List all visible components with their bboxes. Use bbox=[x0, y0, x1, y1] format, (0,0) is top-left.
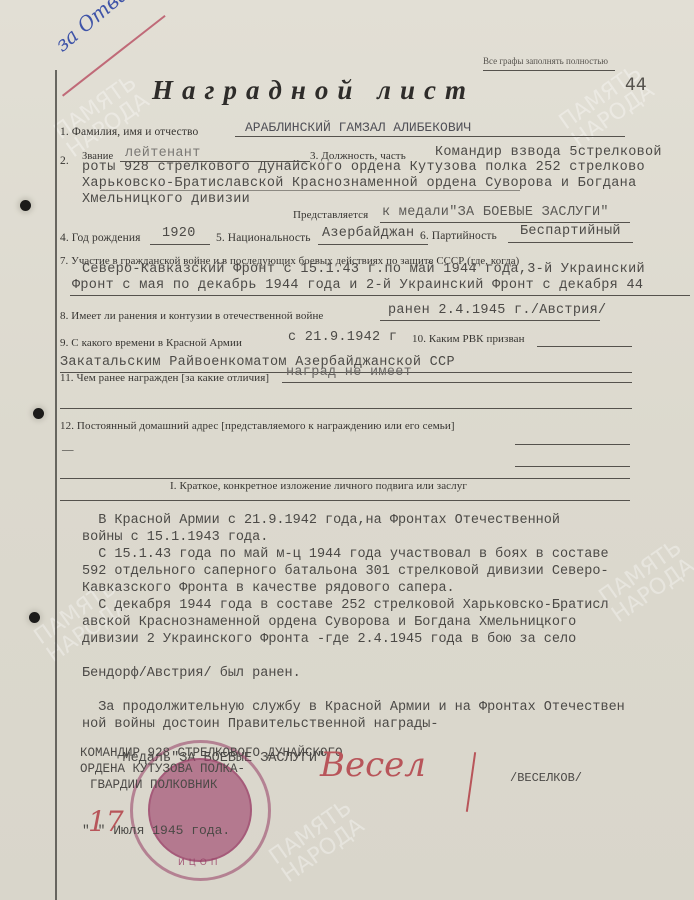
field-4-value: 1920 bbox=[162, 226, 196, 241]
watermark: ПАМЯТЬНАРОДА bbox=[266, 797, 369, 887]
margin-line bbox=[55, 70, 57, 900]
field-1-value: АРАБЛИНСКИЙ ГАМЗАЛ АЛИБЕКОВИЧ bbox=[245, 120, 471, 135]
field-10-line bbox=[537, 346, 632, 347]
field-8-label: 8. Имеет ли ранения и контузии в отечест… bbox=[60, 310, 323, 322]
field-3-value-2: роты 928 стрелкового Дунайского ордена К… bbox=[82, 160, 645, 175]
field-12-line-2 bbox=[515, 466, 630, 467]
field-3-line bbox=[100, 190, 520, 191]
signatory-name: /ВЕСЕЛКОВ/ bbox=[510, 770, 582, 787]
presented-label: Представляется bbox=[293, 209, 368, 221]
field-2-label: 2. bbox=[60, 155, 69, 167]
signatory-line-2: ОРДЕНА КУТУЗОВА ПОЛКА- bbox=[80, 761, 245, 778]
field-6-line bbox=[508, 242, 633, 243]
document-title: Наградной лист bbox=[152, 75, 475, 106]
resolution-note: за Отвагу bbox=[50, 0, 150, 56]
field-6-label: 6. Партийность bbox=[420, 230, 497, 242]
field-11-line-2 bbox=[60, 408, 632, 409]
field-1-label: 1. Фамилия, имя и отчество bbox=[60, 126, 198, 138]
punch-hole bbox=[33, 408, 44, 419]
punch-hole bbox=[29, 612, 40, 623]
field-8-value: ранен 2.4.1945 г./Австрия/ bbox=[388, 303, 606, 318]
signatory-line-3: ГВАРДИИ ПОЛКОВНИК bbox=[90, 777, 218, 794]
field-12-line-3 bbox=[60, 478, 630, 479]
instruction-text: Все графы заполнять полностью bbox=[483, 56, 608, 66]
field-11-line bbox=[282, 382, 632, 383]
field-2-value: лейтенант bbox=[125, 146, 201, 161]
field-4-line bbox=[150, 244, 210, 245]
field-3-value-4: Хмельницкого дивизии bbox=[82, 192, 250, 207]
field-6-value: Беспартийный bbox=[520, 224, 621, 239]
signatory-line-1: КОМАНДИР 928 СТРЕЛКОВОГО ДУНАЙСКОГО bbox=[80, 745, 343, 762]
date-day: 17 bbox=[88, 805, 124, 838]
field-7-line bbox=[70, 295, 690, 296]
field-12-value: — bbox=[62, 444, 74, 456]
field-11-value: наград не имеет bbox=[286, 365, 412, 380]
field-7-value-2: Фронт с мая по декабрь 1944 года и 2-й У… bbox=[72, 278, 643, 293]
stamp-text: ИЦОП bbox=[178, 858, 222, 868]
field-1-line bbox=[235, 136, 625, 137]
field-3-value-1: Командир взвода 5стрелковой bbox=[435, 145, 662, 160]
presented-value: к медали"ЗА БОЕВЫЕ ЗАСЛУГИ" bbox=[382, 205, 609, 220]
field-9-label: 9. С какого времени в Красной Армии bbox=[60, 337, 242, 349]
field-12-label: 12. Постоянный домашний адрес [представл… bbox=[60, 420, 455, 432]
section-line bbox=[60, 500, 630, 501]
field-10-label: 10. Каким РВК призван bbox=[412, 333, 525, 345]
field-4-label: 4. Год рождения bbox=[60, 232, 141, 244]
field-5-label: 5. Национальность bbox=[216, 232, 311, 244]
presented-line bbox=[380, 222, 630, 223]
field-8-line bbox=[380, 320, 600, 321]
field-11-label: 11. Чем ранее награжден [за какие отличи… bbox=[60, 372, 269, 384]
field-2-line bbox=[120, 161, 310, 162]
sheet-number: 44 bbox=[625, 75, 647, 95]
field-5-line bbox=[318, 244, 428, 245]
field-12-line bbox=[515, 444, 630, 445]
field-9-value: с 21.9.1942 г bbox=[288, 330, 397, 345]
narrative-text: В Красной Армии с 21.9.1942 года,на Фрон… bbox=[82, 512, 625, 767]
field-7-value-1: Северо-Кавказский Фронт с 15.1.43 г.по м… bbox=[82, 262, 645, 277]
field-5-value: Азербайджан bbox=[322, 226, 414, 241]
section-heading: I. Краткое, конкретное изложение личного… bbox=[170, 480, 467, 492]
award-sheet-page: ПАМЯТЬНАРОДА ПАМЯТЬНАРОДА ПАМЯТЬНАРОДА П… bbox=[0, 0, 694, 900]
handwritten-signature: Весел bbox=[320, 745, 426, 785]
punch-hole bbox=[20, 200, 31, 211]
field-3-value-3: Харьковско-Братиславской Краснознаменной… bbox=[82, 176, 637, 191]
instruction-underline bbox=[483, 70, 615, 71]
